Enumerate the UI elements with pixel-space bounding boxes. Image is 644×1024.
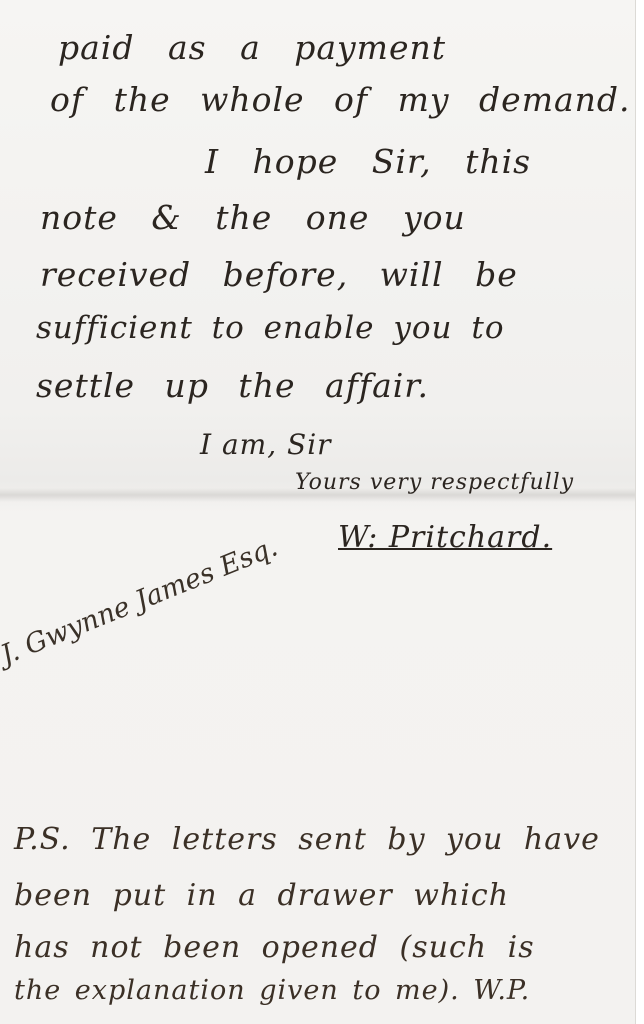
postscript-line: the explanation given to me). W.P. [14, 975, 530, 1006]
postscript-line: has not been opened (such is [14, 930, 535, 965]
postscript-line: been put in a drawer which [14, 878, 509, 913]
letter-body-line: note & the one you [40, 198, 466, 237]
closing-salutation: I am, Sir [200, 428, 332, 461]
postscript-line: P.S. The letters sent by you have [14, 822, 600, 857]
paper-edge [635, 0, 644, 1024]
letter-body-line: paid as a payment [58, 28, 446, 67]
letter-body-line: I hope Sir, this [205, 142, 531, 181]
signature: W: Pritchard. [338, 520, 552, 555]
letter-body-line: of the whole of my demand. [50, 80, 631, 119]
letter-body-line: settle up the affair. [36, 366, 429, 405]
closing-valediction: Yours very respectfully [295, 470, 574, 495]
letter-body-line: received before, will be [40, 255, 518, 294]
letter-body-line: sufficient to enable you to [36, 310, 504, 346]
